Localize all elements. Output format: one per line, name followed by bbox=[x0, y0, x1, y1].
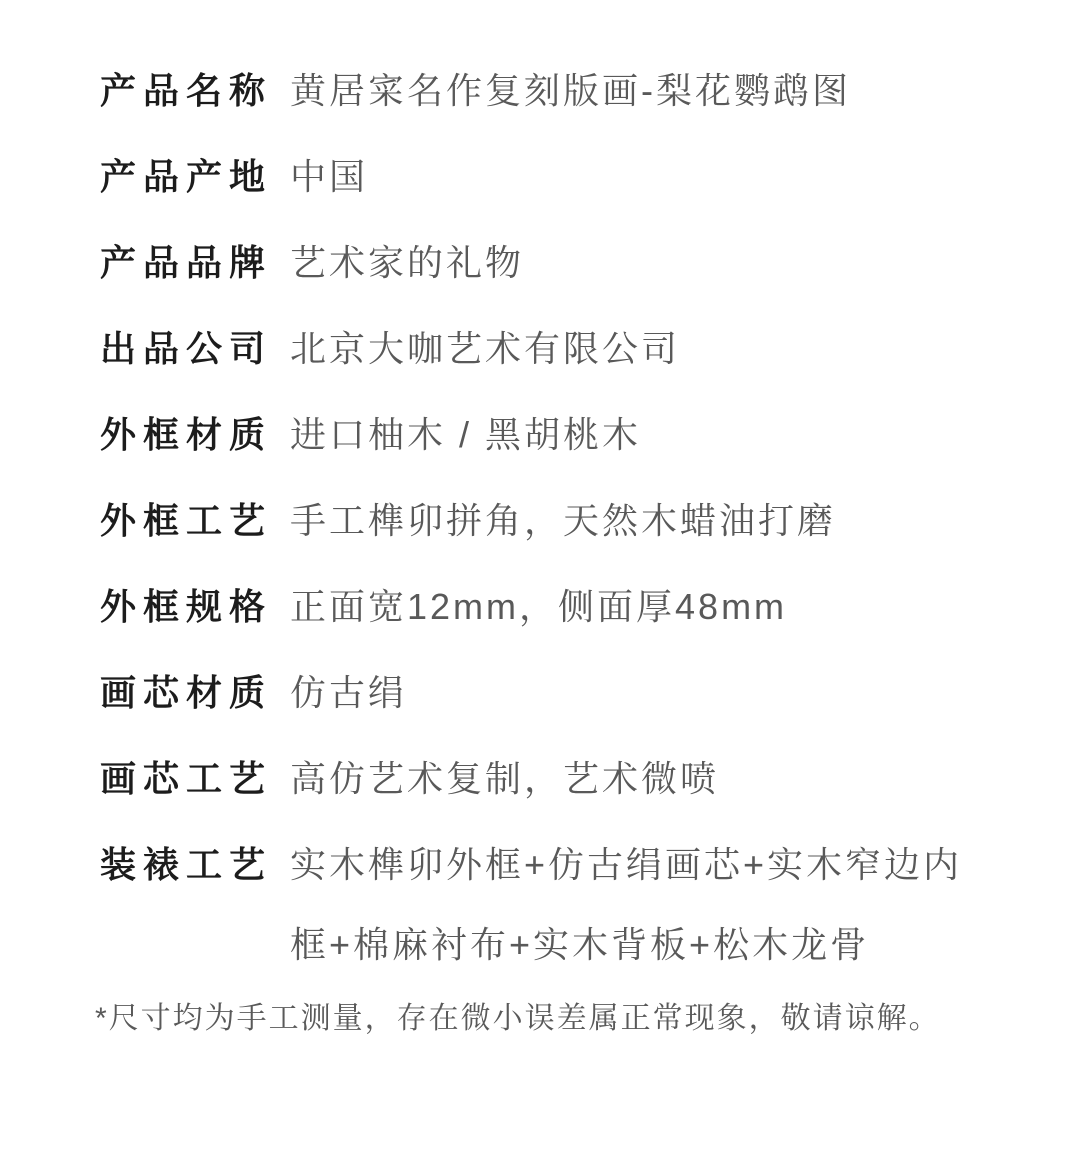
spec-value-frame-material: 进口柚木 / 黑胡桃木 bbox=[290, 395, 1000, 475]
spec-row-brand: 产品品牌 艺术家的礼物 bbox=[100, 223, 1000, 303]
spec-label-frame-size: 外框规格 bbox=[100, 567, 290, 647]
spec-value-brand: 艺术家的礼物 bbox=[290, 223, 1000, 303]
spec-label-mounting-craft: 装裱工艺 bbox=[100, 825, 290, 905]
measurement-disclaimer: *尺寸均为手工测量，存在微小误差属正常现象，敬请谅解。 bbox=[95, 997, 1000, 1041]
spec-label-core-craft: 画芯工艺 bbox=[100, 739, 290, 819]
spec-label-product-name: 产品名称 bbox=[100, 51, 290, 131]
spec-value-frame-size: 正面宽12mm，侧面厚48mm bbox=[290, 567, 1000, 647]
spec-row-core-material: 画芯材质 仿古绢 bbox=[100, 653, 1000, 733]
spec-value-product-name: 黄居寀名作复刻版画-梨花鹦鹉图 bbox=[290, 51, 1000, 131]
spec-value-frame-craft: 手工榫卯拼角，天然木蜡油打磨 bbox=[290, 481, 1000, 561]
spec-value-core-material: 仿古绢 bbox=[290, 653, 1000, 733]
spec-row-frame-craft: 外框工艺 手工榫卯拼角，天然木蜡油打磨 bbox=[100, 481, 1000, 561]
spec-label-origin: 产品产地 bbox=[100, 137, 290, 217]
spec-value-origin: 中国 bbox=[290, 137, 1000, 217]
spec-label-frame-craft: 外框工艺 bbox=[100, 481, 290, 561]
spec-label-company: 出品公司 bbox=[100, 309, 290, 389]
spec-value-company: 北京大咖艺术有限公司 bbox=[290, 309, 1000, 389]
spec-value-mounting-craft: 实木榫卯外框+仿古绢画芯+实木窄边内 框+棉麻衬布+实木背板+松木龙骨 bbox=[290, 825, 1000, 985]
spec-label-frame-material: 外框材质 bbox=[100, 395, 290, 475]
spec-row-frame-size: 外框规格 正面宽12mm，侧面厚48mm bbox=[100, 567, 1000, 647]
spec-label-brand: 产品品牌 bbox=[100, 223, 290, 303]
spec-row-company: 出品公司 北京大咖艺术有限公司 bbox=[100, 309, 1000, 389]
spec-row-core-craft: 画芯工艺 高仿艺术复制，艺术微喷 bbox=[100, 739, 1000, 819]
spec-row-mounting-craft: 装裱工艺 实木榫卯外框+仿古绢画芯+实木窄边内 框+棉麻衬布+实木背板+松木龙骨 bbox=[100, 825, 1000, 985]
spec-label-core-material: 画芯材质 bbox=[100, 653, 290, 733]
spec-value-core-craft: 高仿艺术复制，艺术微喷 bbox=[290, 739, 1000, 819]
spec-row-frame-material: 外框材质 进口柚木 / 黑胡桃木 bbox=[100, 395, 1000, 475]
product-spec-sheet: 产品名称 黄居寀名作复刻版画-梨花鹦鹉图 产品产地 中国 产品品牌 艺术家的礼物… bbox=[0, 0, 1080, 1165]
spec-row-origin: 产品产地 中国 bbox=[100, 137, 1000, 217]
spec-row-product-name: 产品名称 黄居寀名作复刻版画-梨花鹦鹉图 bbox=[100, 51, 1000, 131]
